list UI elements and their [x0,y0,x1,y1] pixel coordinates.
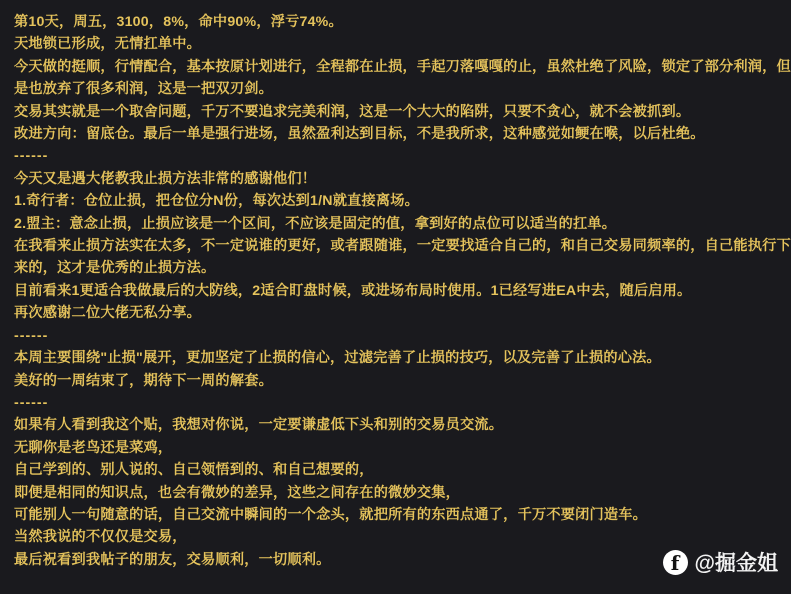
post-line: 今天做的挺顺，行情配合，基本按原计划进行，全程都在止损，手起刀落嘎嘎的止，虽然杜… [14,56,785,78]
separator-line: ------ [14,325,785,347]
post-line: 如果有人看到我这个贴，我想对你说，一定要谦虚低下头和别的交易员交流。 [14,414,785,436]
post-line: 再次感谢二位大佬无私分享。 [14,302,785,324]
post-line: 本周主要围绕"止损"展开，更加坚定了止损的信心，过滤完善了止损的技巧，以及完善了… [14,347,785,369]
post-line: 可能别人一句随意的话，自己交流中瞬间的一个念头，就把所有的东西点通了，千万不要闭… [14,504,785,526]
post-line: 目前看来1更适合我做最后的大防线，2适合盯盘时候，或进场布局时使用。1已经写进E… [14,280,785,302]
post-line: 第10天，周五，3100，8%，命中90%，浮亏74%。 [14,11,785,33]
separator-line: ------ [14,392,785,414]
post-line: 交易其实就是一个取舍问题，千万不要追求完美利润，这是一个大大的陷阱，只要不贪心，… [14,101,785,123]
post-line: 美好的一周结束了，期待下一周的解套。 [14,370,785,392]
post-line: 2.盟主：意念止损，止损应该是一个区间，不应该是固定的值，拿到好的点位可以适当的… [14,213,785,235]
post-line: 今天又是遇大佬教我止损方法非常的感谢他们！ [14,168,785,190]
post-line: 天地锁已形成，无情扛单中。 [14,33,785,55]
facebook-icon: f [663,550,688,575]
post-line: 自己学到的、别人说的、自己领悟到的、和自己想要的， [14,459,785,481]
post-line: 来的，这才是优秀的止损方法。 [14,257,785,279]
watermark-handle: @掘金姐 [695,547,778,577]
post-body: 第10天，周五，3100，8%，命中90%，浮亏74%。 天地锁已形成，无情扛单… [14,11,785,571]
post-line: 无聊你是老鸟还是菜鸡， [14,437,785,459]
post-line: 是也放弃了很多利润，这是一把双刃剑。 [14,78,785,100]
watermark: f @掘金姐 [663,547,778,577]
post-line: 改进方向：留底仓。最后一单是强行进场，虽然盈利达到目标，不是我所求，这种感觉如鲠… [14,123,785,145]
post-line: 即便是相同的知识点，也会有微妙的差异，这些之间存在的微妙交集， [14,482,785,504]
post-line: 1.奇行者：仓位止损，把仓位分N份，每次达到1/N就直接离场。 [14,190,785,212]
post-line: 在我看来止损方法实在太多，不一定说谁的更好，或者跟随谁，一定要找适合自己的，和自… [14,235,785,257]
post-line: 当然我说的不仅仅是交易， [14,526,785,548]
separator-line: ------ [14,145,785,167]
